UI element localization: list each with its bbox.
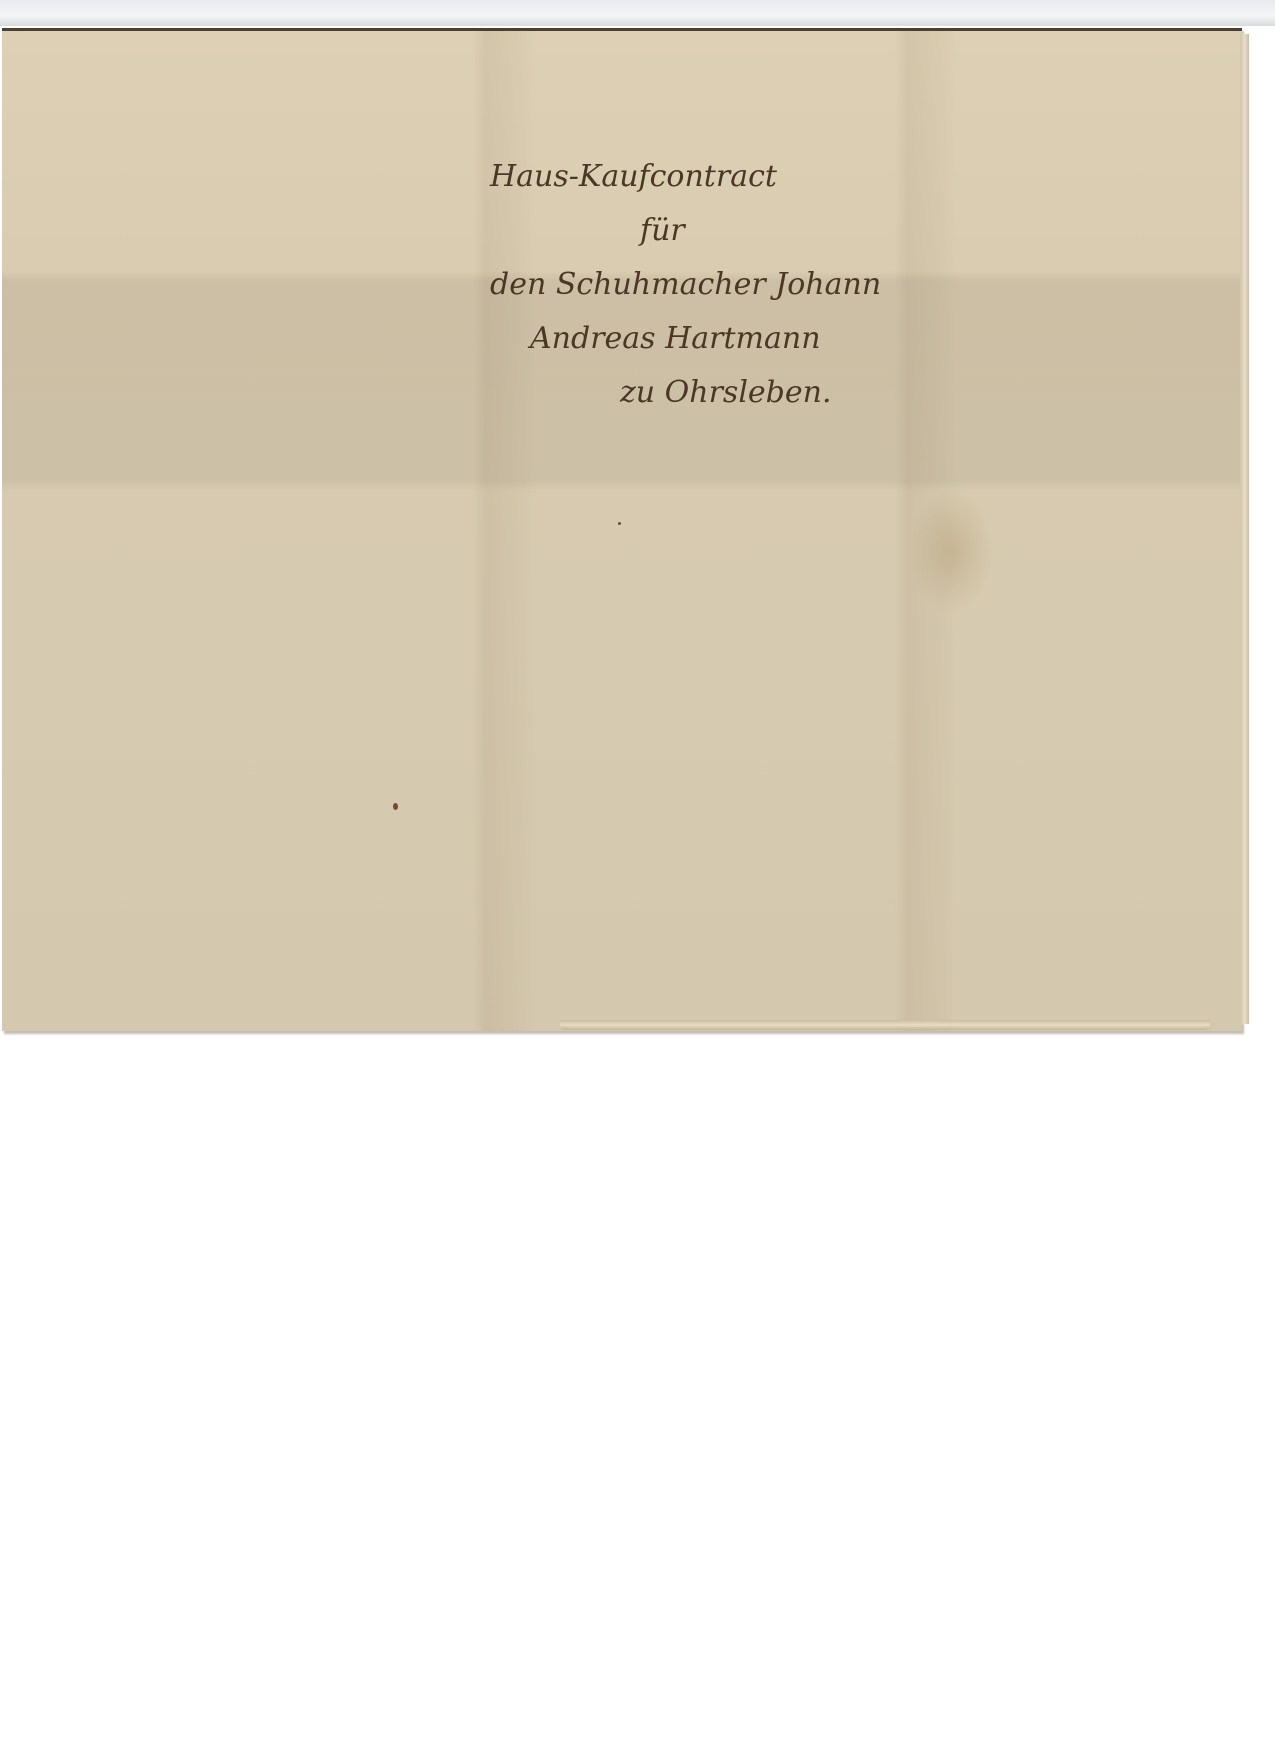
paper-edge-bottom xyxy=(560,1020,1210,1030)
ink-spot xyxy=(393,803,398,810)
address-line-3: den Schuhmacher Johann xyxy=(470,258,930,312)
address-line-2: für xyxy=(470,204,930,258)
ink-spot xyxy=(618,522,621,525)
paper-edge-right xyxy=(1240,34,1249,1024)
handwritten-address: Haus-Kaufcontract für den Schuhmacher Jo… xyxy=(470,150,930,420)
address-line-5: zu Ohrsleben. xyxy=(470,366,930,420)
address-line-1: Haus-Kaufcontract xyxy=(470,150,930,204)
scanner-lid-strip xyxy=(0,0,1275,26)
address-line-4: Andreas Hartmann xyxy=(470,312,930,366)
